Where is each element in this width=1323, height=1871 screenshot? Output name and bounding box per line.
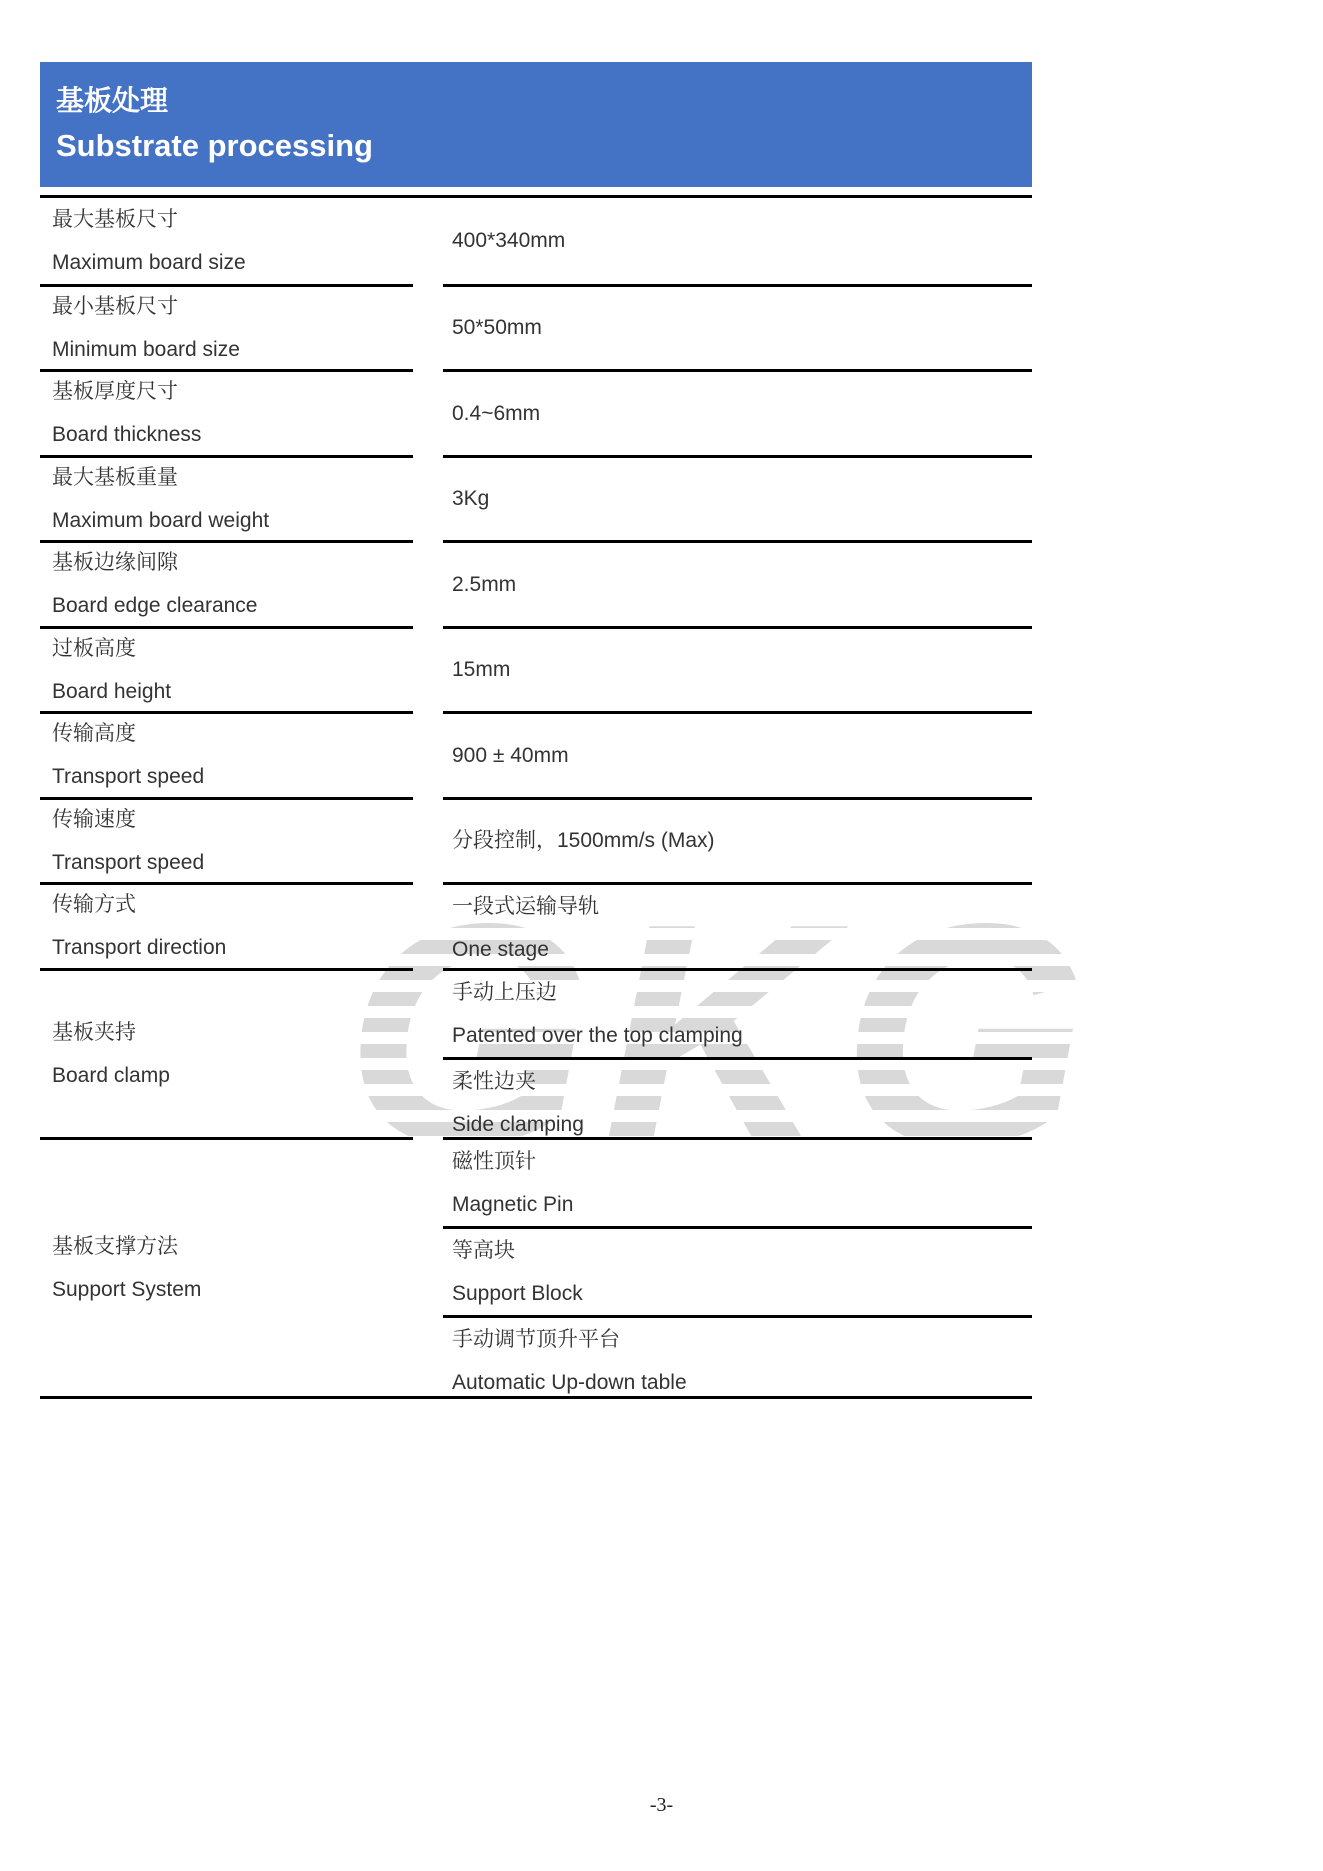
row-label-zh: 传输高度 [52, 712, 413, 755]
row-value-cell: 900 ± 40mm [443, 711, 1032, 797]
sub-value-cell: 柔性边夹 Side clamping [443, 1057, 1032, 1146]
page-number: -3- [0, 1794, 1323, 1817]
column-gap [413, 284, 443, 370]
row-label: 传输速度 Transport speed [40, 797, 413, 883]
column-gap [413, 797, 443, 883]
page-title-en: Substrate processing [56, 129, 1032, 163]
row-label-en: Support System [52, 1268, 413, 1311]
row-label-en: Board clamp [52, 1054, 413, 1097]
row-label-zh: 基板边缘间隙 [52, 541, 413, 584]
row-value-zh: 一段式运输导轨 [452, 885, 1032, 928]
row-value-cell: 0.4~6mm [443, 369, 1032, 455]
row-label-zh: 传输速度 [52, 798, 413, 841]
column-gap [413, 711, 443, 797]
row-label-en: Maximum board weight [52, 499, 413, 542]
row-value-en: Automatic Up-down table [452, 1361, 1032, 1404]
row-value-zh: 手动上压边 [452, 971, 1032, 1014]
row-value: 15mm [452, 648, 1032, 691]
table-row-maximum-board-weight: 最大基板重量 Maximum board weight 3Kg [40, 455, 1032, 541]
row-value: 400*340mm [452, 219, 1032, 262]
page-title-zh: 基板处理 [56, 86, 1032, 117]
row-label: 基板夹持 Board clamp [40, 968, 413, 1138]
row-value: 0.4~6mm [452, 392, 1032, 435]
row-label-zh: 传输方式 [52, 883, 413, 926]
row-label: 基板边缘间隙 Board edge clearance [40, 540, 413, 626]
row-value-cell: 400*340mm [443, 198, 1032, 284]
column-gap [413, 968, 443, 1138]
row-value-cell: 15mm [443, 626, 1032, 712]
table-row-transport-height: 传输高度 Transport speed 900 ± 40mm [40, 711, 1032, 797]
row-value: 50*50mm [452, 306, 1032, 349]
row-label-en: Transport speed [52, 841, 413, 884]
row-value-cell: 3Kg [443, 455, 1032, 541]
sub-value-cell: 等高块 Support Block [443, 1226, 1032, 1315]
sub-value-cell: 手动上压边 Patented over the top clamping [443, 971, 1032, 1057]
row-value-cell: 磁性顶针 Magnetic Pin 等高块 Support Block 手动调节… [443, 1137, 1032, 1396]
row-value-en: Support Block [452, 1272, 1032, 1315]
row-value-zh: 磁性顶针 [452, 1140, 1032, 1183]
row-value-cell: 2.5mm [443, 540, 1032, 626]
row-value-cell: 50*50mm [443, 284, 1032, 370]
table-row-transport-speed: 传输速度 Transport speed 分段控制，1500mm/s (Max) [40, 797, 1032, 883]
table-row-board-edge-clearance: 基板边缘间隙 Board edge clearance 2.5mm [40, 540, 1032, 626]
row-label: 过板高度 Board height [40, 626, 413, 712]
row-label-zh: 基板支撑方法 [52, 1225, 413, 1268]
row-value-en: Patented over the top clamping [452, 1014, 1032, 1057]
row-label-en: Maximum board size [52, 241, 413, 284]
row-value: 900 ± 40mm [452, 734, 1032, 777]
table-row-support-system: 基板支撑方法 Support System 磁性顶针 Magnetic Pin … [40, 1137, 1032, 1396]
row-label: 传输方式 Transport direction [40, 882, 413, 968]
row-label-zh: 最大基板重量 [52, 456, 413, 499]
row-value-zh: 手动调节顶升平台 [452, 1318, 1032, 1361]
column-gap [413, 540, 443, 626]
sub-value-cell: 手动调节顶升平台 Automatic Up-down table [443, 1315, 1032, 1404]
row-value-en: Magnetic Pin [452, 1183, 1032, 1226]
row-value: 2.5mm [452, 563, 1032, 606]
spec-table: 最大基板尺寸 Maximum board size 400*340mm 最小基板… [40, 195, 1032, 1399]
column-gap [413, 369, 443, 455]
row-label-en: Transport speed [52, 755, 413, 798]
column-gap [413, 626, 443, 712]
row-value-zh: 等高块 [452, 1229, 1032, 1272]
row-label-en: Board thickness [52, 413, 413, 456]
table-row-board-height: 过板高度 Board height 15mm [40, 626, 1032, 712]
row-label: 基板厚度尺寸 Board thickness [40, 369, 413, 455]
table-row-board-clamp: 基板夹持 Board clamp 手动上压边 Patented over the… [40, 968, 1032, 1138]
row-label: 最大基板尺寸 Maximum board size [40, 198, 413, 284]
header-banner: 基板处理 Substrate processing [40, 62, 1032, 187]
row-value-zh: 柔性边夹 [452, 1060, 1032, 1103]
sub-value-cell: 磁性顶针 Magnetic Pin [443, 1140, 1032, 1226]
column-gap [413, 455, 443, 541]
table-row-board-thickness: 基板厚度尺寸 Board thickness 0.4~6mm [40, 369, 1032, 455]
row-label: 最大基板重量 Maximum board weight [40, 455, 413, 541]
column-gap [413, 1137, 443, 1396]
column-gap [413, 198, 443, 284]
row-label-zh: 基板厚度尺寸 [52, 370, 413, 413]
row-label-zh: 过板高度 [52, 627, 413, 670]
row-value-cell: 分段控制，1500mm/s (Max) [443, 797, 1032, 883]
row-label-en: Minimum board size [52, 328, 413, 371]
column-gap [413, 882, 443, 968]
row-label: 最小基板尺寸 Minimum board size [40, 284, 413, 370]
document-page: GKG 基板处理 Substrate processing 最大基板尺寸 Max… [0, 0, 1323, 1871]
row-value: 分段控制，1500mm/s (Max) [452, 819, 1032, 862]
row-label-zh: 最小基板尺寸 [52, 285, 413, 328]
row-label: 基板支撑方法 Support System [40, 1137, 413, 1396]
row-label-en: Transport direction [52, 926, 413, 969]
table-row-minimum-board-size: 最小基板尺寸 Minimum board size 50*50mm [40, 284, 1032, 370]
table-row-transport-direction: 传输方式 Transport direction 一段式运输导轨 One sta… [40, 882, 1032, 968]
row-value-cell: 一段式运输导轨 One stage [443, 882, 1032, 968]
row-value-en: One stage [452, 928, 1032, 971]
row-label: 传输高度 Transport speed [40, 711, 413, 797]
row-value: 3Kg [452, 477, 1032, 520]
row-label-en: Board edge clearance [52, 584, 413, 627]
row-label-zh: 最大基板尺寸 [52, 198, 413, 241]
row-label-en: Board height [52, 670, 413, 713]
row-value-cell: 手动上压边 Patented over the top clamping 柔性边… [443, 968, 1032, 1138]
row-label-zh: 基板夹持 [52, 1011, 413, 1054]
table-row-maximum-board-size: 最大基板尺寸 Maximum board size 400*340mm [40, 198, 1032, 284]
